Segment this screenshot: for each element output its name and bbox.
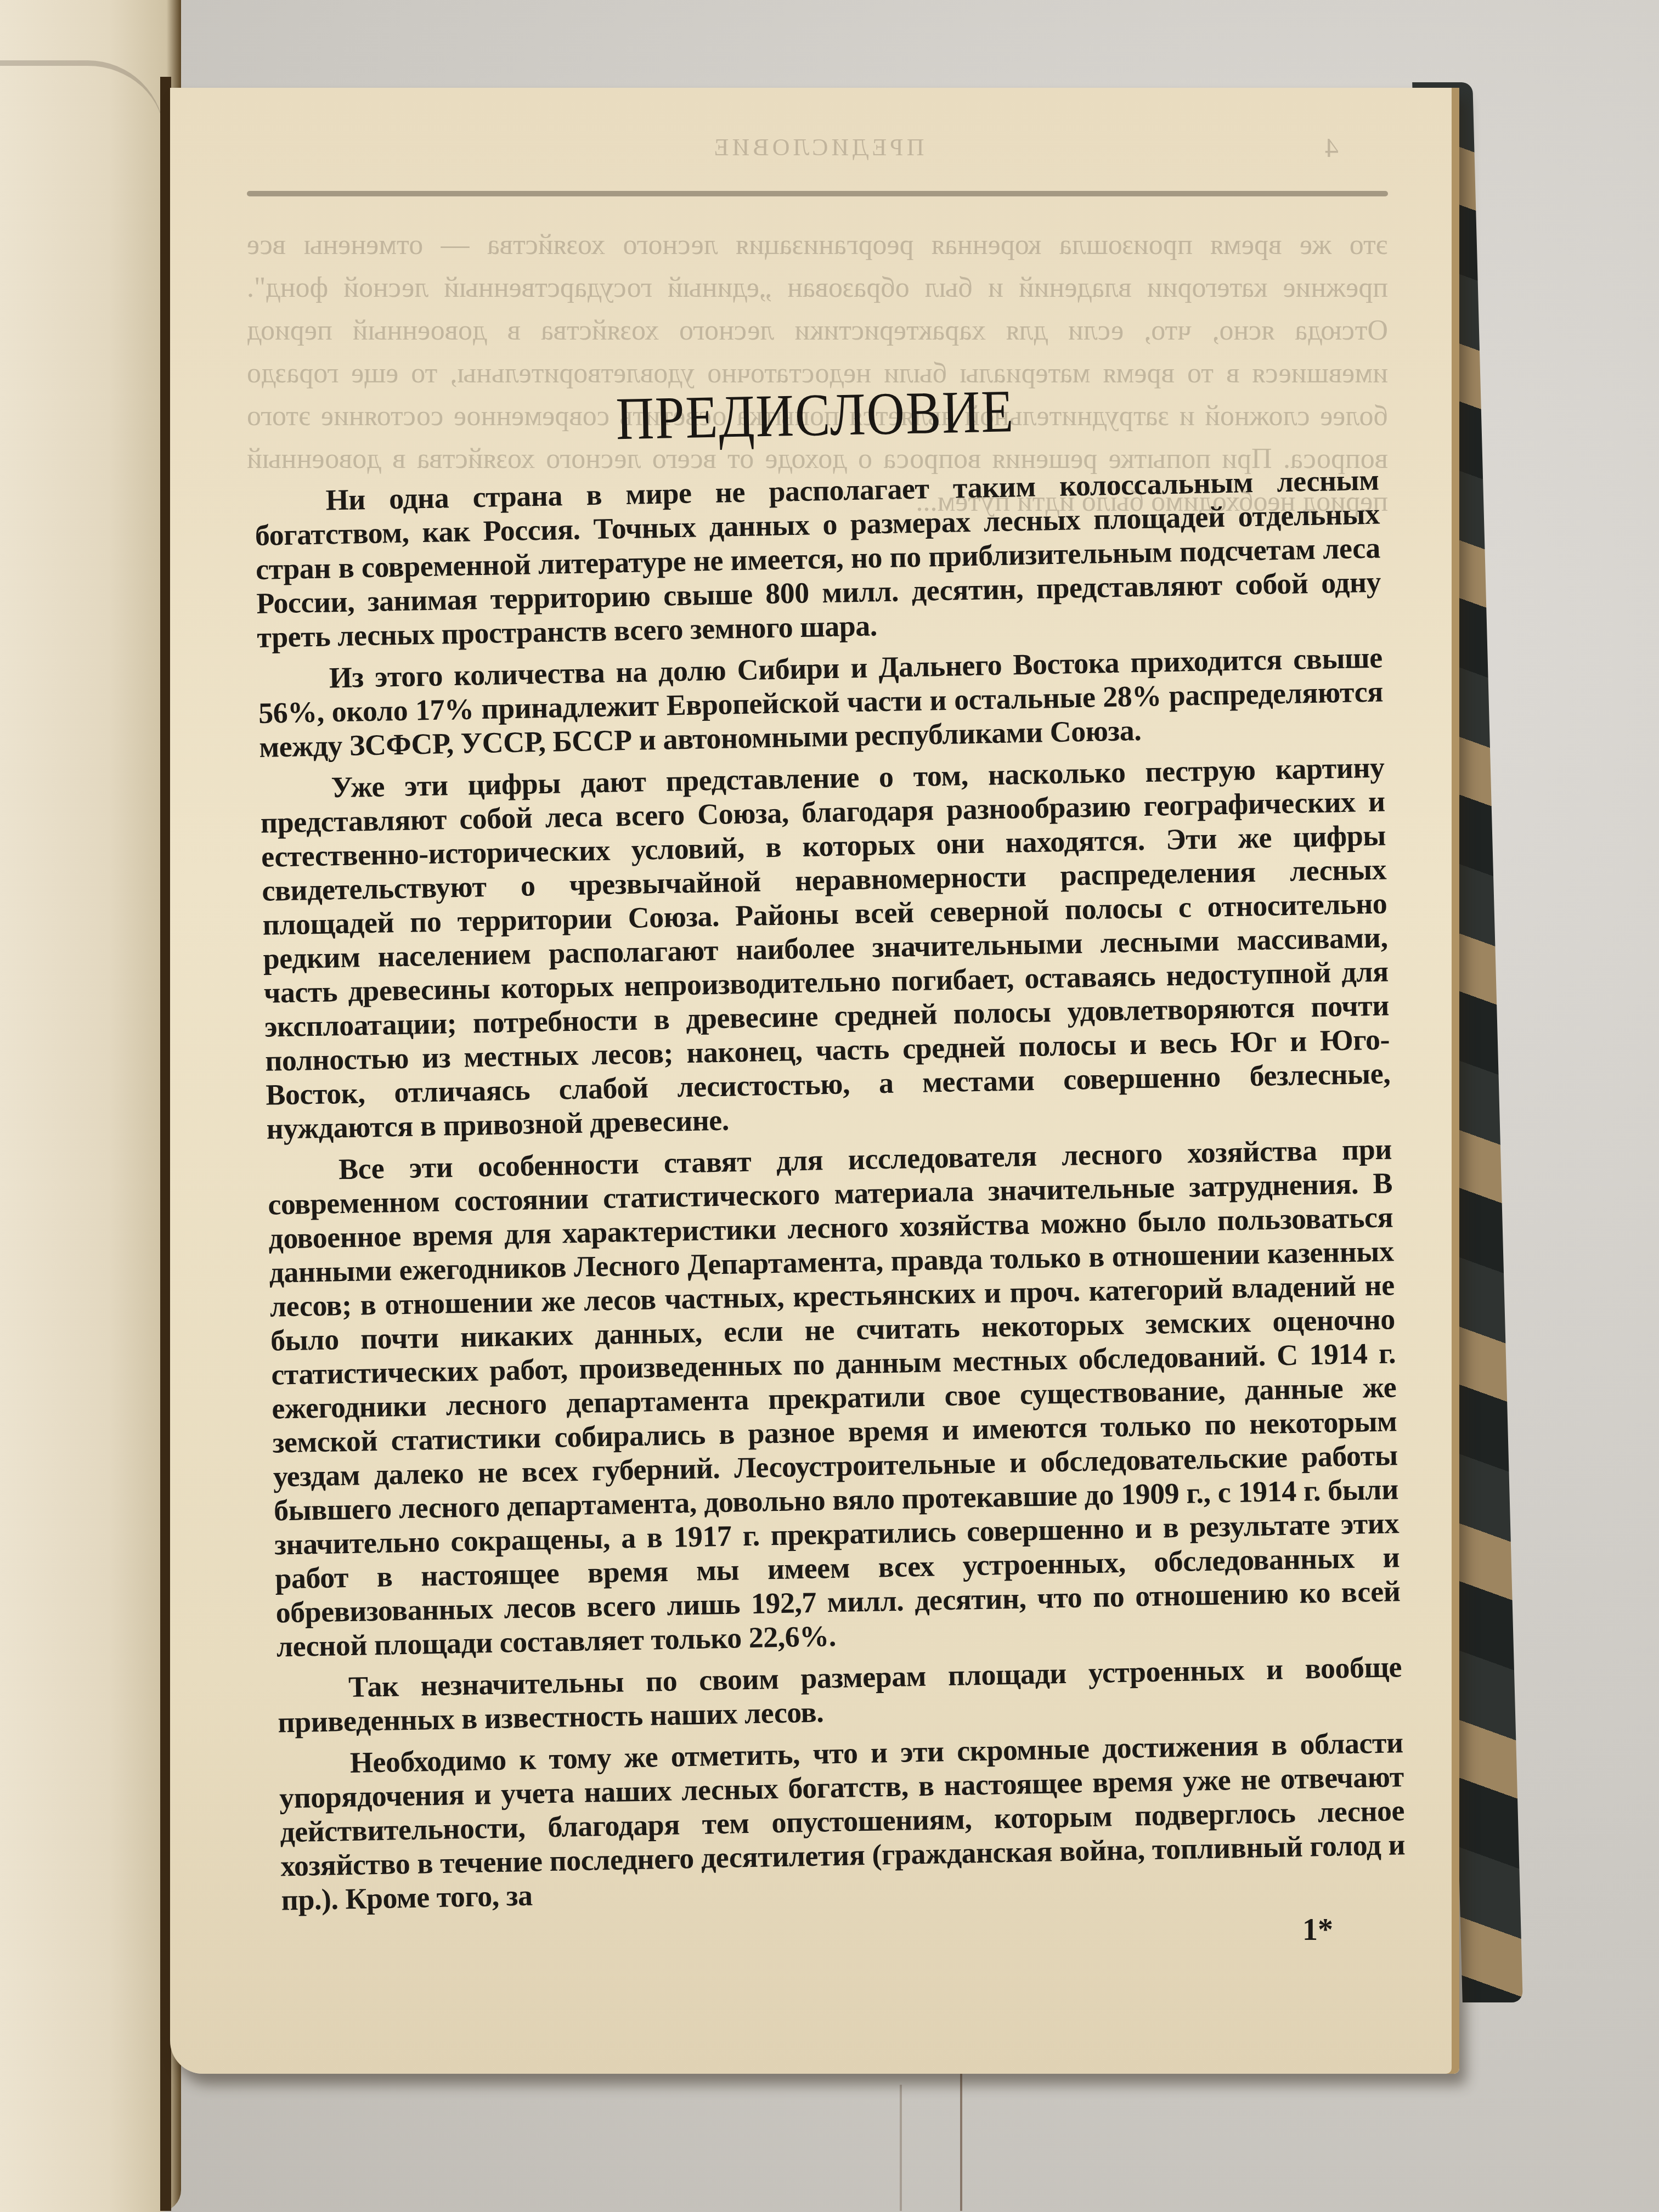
- surface-crack: [900, 2085, 902, 2211]
- paragraph: Уже эти цифры дают представление о том, …: [259, 751, 1391, 1146]
- page-crease: [0, 60, 165, 154]
- bleed-page-number: 4: [1325, 126, 1339, 169]
- page-content: ПРЕДИСЛОВИЕ Ни одна страна в мире не рас…: [252, 374, 1406, 1925]
- book-page: 4 ПРЕДИСЛОВИЕ это же время произошла кор…: [170, 88, 1459, 2074]
- paragraph: Так незначительны по своим размерам площ…: [277, 1650, 1403, 1739]
- book-spine-gutter: [160, 77, 171, 2211]
- bleed-header-rule: [247, 191, 1388, 196]
- bleed-running-header: ПРЕДИСЛОВИЕ: [247, 126, 1388, 169]
- left-page-facing: [0, 0, 181, 2212]
- surface-crack: [960, 2063, 962, 2211]
- paragraph: Из этого количества на долю Сибири и Дал…: [257, 641, 1384, 764]
- paragraph: Ни одна страна в мире не располагает так…: [254, 463, 1382, 654]
- folio-signature-mark: 1*: [1302, 1912, 1333, 1948]
- paragraph: Необходимо к тому же отметить, что и эти…: [278, 1725, 1406, 1917]
- paragraph: Все эти особенности ставят для исследова…: [267, 1132, 1401, 1663]
